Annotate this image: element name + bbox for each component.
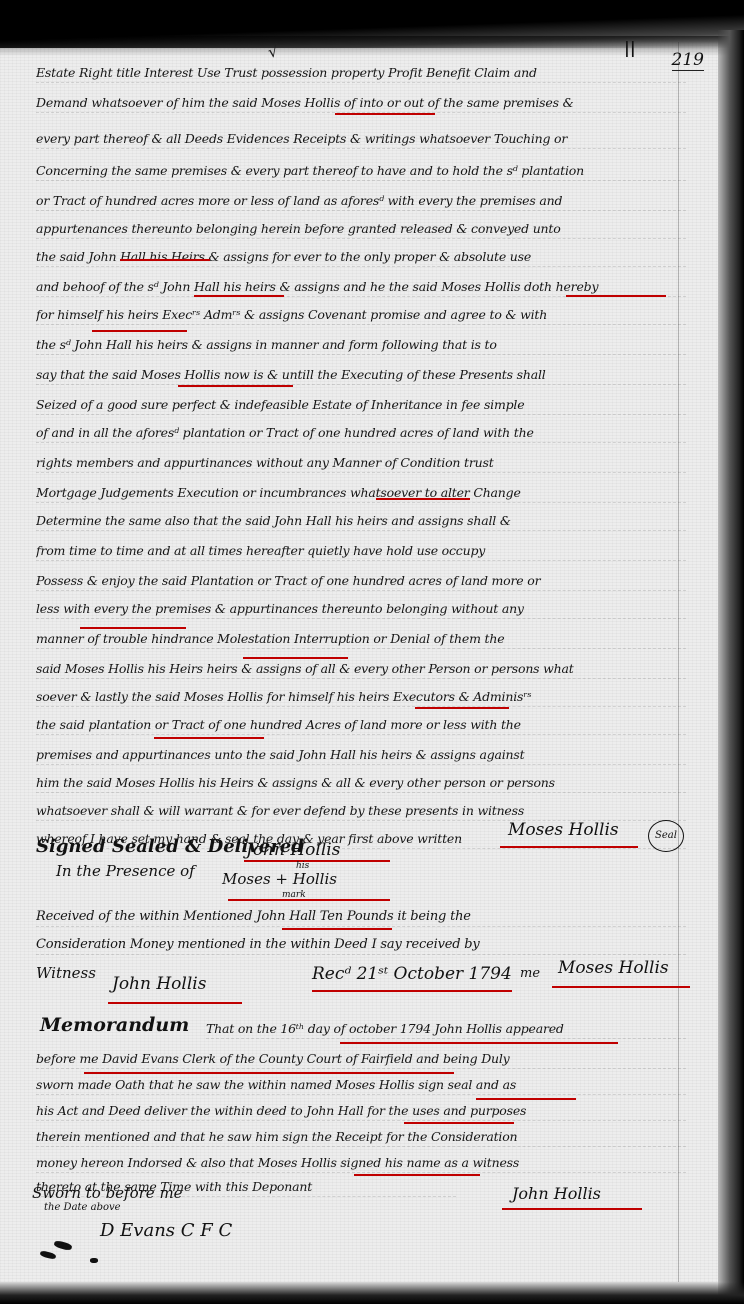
witness-label: Witness [36,964,96,982]
memorandum-line: before me David Evans Clerk of the Count… [36,1050,686,1069]
signature-underline [228,899,390,901]
recorded-date: Recᵈ 21ˢᵗ October 1794 [312,964,512,984]
deed-line: from time to time and at all times herea… [36,542,686,561]
date-underline [312,990,512,992]
name-underline [80,627,186,629]
witness-signature: John Hollis [246,840,340,860]
name-underline [92,330,187,332]
name-underline [282,928,392,930]
deed-line: every part thereof & all Deeds Evidences… [36,130,686,149]
signature-underline [502,1208,642,1210]
memorandum-heading: Memorandum [40,1014,189,1036]
deed-line: Estate Right title Interest Use Trust po… [36,64,686,83]
deed-line: of and in all the aforesᵈ plantation or … [36,424,686,443]
deed-line: soever & lastly the said Moses Hollis fo… [36,688,686,707]
name-underline [335,113,435,115]
deed-line: premises and appurtinances unto the said… [36,746,686,765]
name-underline [508,1042,618,1044]
name-underline [154,737,264,739]
signature-underline [552,986,690,988]
receipt-witness-signature: John Hollis [112,974,206,994]
deed-line: Possess & enjoy the said Plantation or T… [36,572,686,591]
deed-line: say that the said Moses Hollis now is & … [36,366,686,385]
name-underline [376,498,470,500]
name-underline [415,707,509,709]
seal-label: Seal [655,830,677,841]
deed-line: for himself his heirs Execʳˢ Admʳˢ & ass… [36,306,686,325]
memorandum-line: therein mentioned and that he saw him si… [36,1128,686,1147]
name-underline [178,385,293,387]
memorandum-line: money hereon Indorsed & also that Moses … [36,1154,686,1173]
clerk-signature: D Evans C F C [100,1220,232,1241]
name-underline [354,1174,480,1176]
name-underline [243,657,348,659]
deed-line: Concerning the same premises & every par… [36,162,686,181]
witness-mark-signature: Moses + Hollis [222,870,337,888]
deed-line: appurtenances thereunto belonging herein… [36,220,686,239]
receipt-line: Received of the within Mentioned John Ha… [36,908,686,927]
sworn-label: Sworn to before me [32,1184,183,1202]
receipt-signature: Moses Hollis [558,958,669,978]
date-underline [340,1042,520,1044]
signature-underline [500,846,638,848]
memorandum-line: his Act and Deed deliver the within deed… [36,1102,686,1121]
name-underline [476,1098,576,1100]
in-presence-of: In the Presence of [56,862,195,880]
deed-line: the said plantation or Tract of one hund… [36,716,686,735]
me-label: me [520,966,540,981]
deed-line: Seized of a good sure perfect & indefeas… [36,396,686,415]
deed-line: the sᵈ John Hall his heirs & assigns in … [36,336,686,355]
deed-line: said Moses Hollis his Heirs heirs & assi… [36,660,686,679]
deed-line: Determine the same also that the said Jo… [36,512,686,531]
grantor-signature: Moses Hollis [508,820,619,840]
deed-line: less with every the premises & appurtina… [36,600,686,619]
deed-line: or Tract of hundred acres more or less o… [36,192,686,211]
ink-blot [90,1258,98,1263]
deed-line: rights members and appurtinances without… [36,454,686,473]
deed-line: whatsoever shall & will warrant & for ev… [36,802,686,821]
memorandum-line: sworn made Oath that he saw the within n… [36,1076,686,1095]
deed-line: him the said Moses Hollis his Heirs & as… [36,774,686,793]
seal-icon: Seal [648,820,684,852]
name-underline [404,1122,514,1124]
deed-line: Mortgage Judgements Execution or incumbr… [36,484,686,503]
memorandum-line: That on the 16ᵗʰ day of october 1794 Joh… [206,1020,686,1039]
date-above-label: the Date above [44,1202,121,1213]
name-underline [194,295,284,297]
name-underline [84,1072,454,1074]
name-underline [566,295,666,297]
deed-line: Demand whatsoever of him the said Moses … [36,94,686,113]
name-underline [120,259,210,261]
deed-line: manner of trouble hindrance Molestation … [36,630,686,649]
signature-underline [244,860,390,862]
receipt-line: Consideration Money mentioned in the wit… [36,936,686,955]
signature-underline [108,1002,242,1004]
deed-line: the said John Hall his Heirs & assigns f… [36,248,686,267]
deponent-signature: John Hollis [512,1184,601,1203]
